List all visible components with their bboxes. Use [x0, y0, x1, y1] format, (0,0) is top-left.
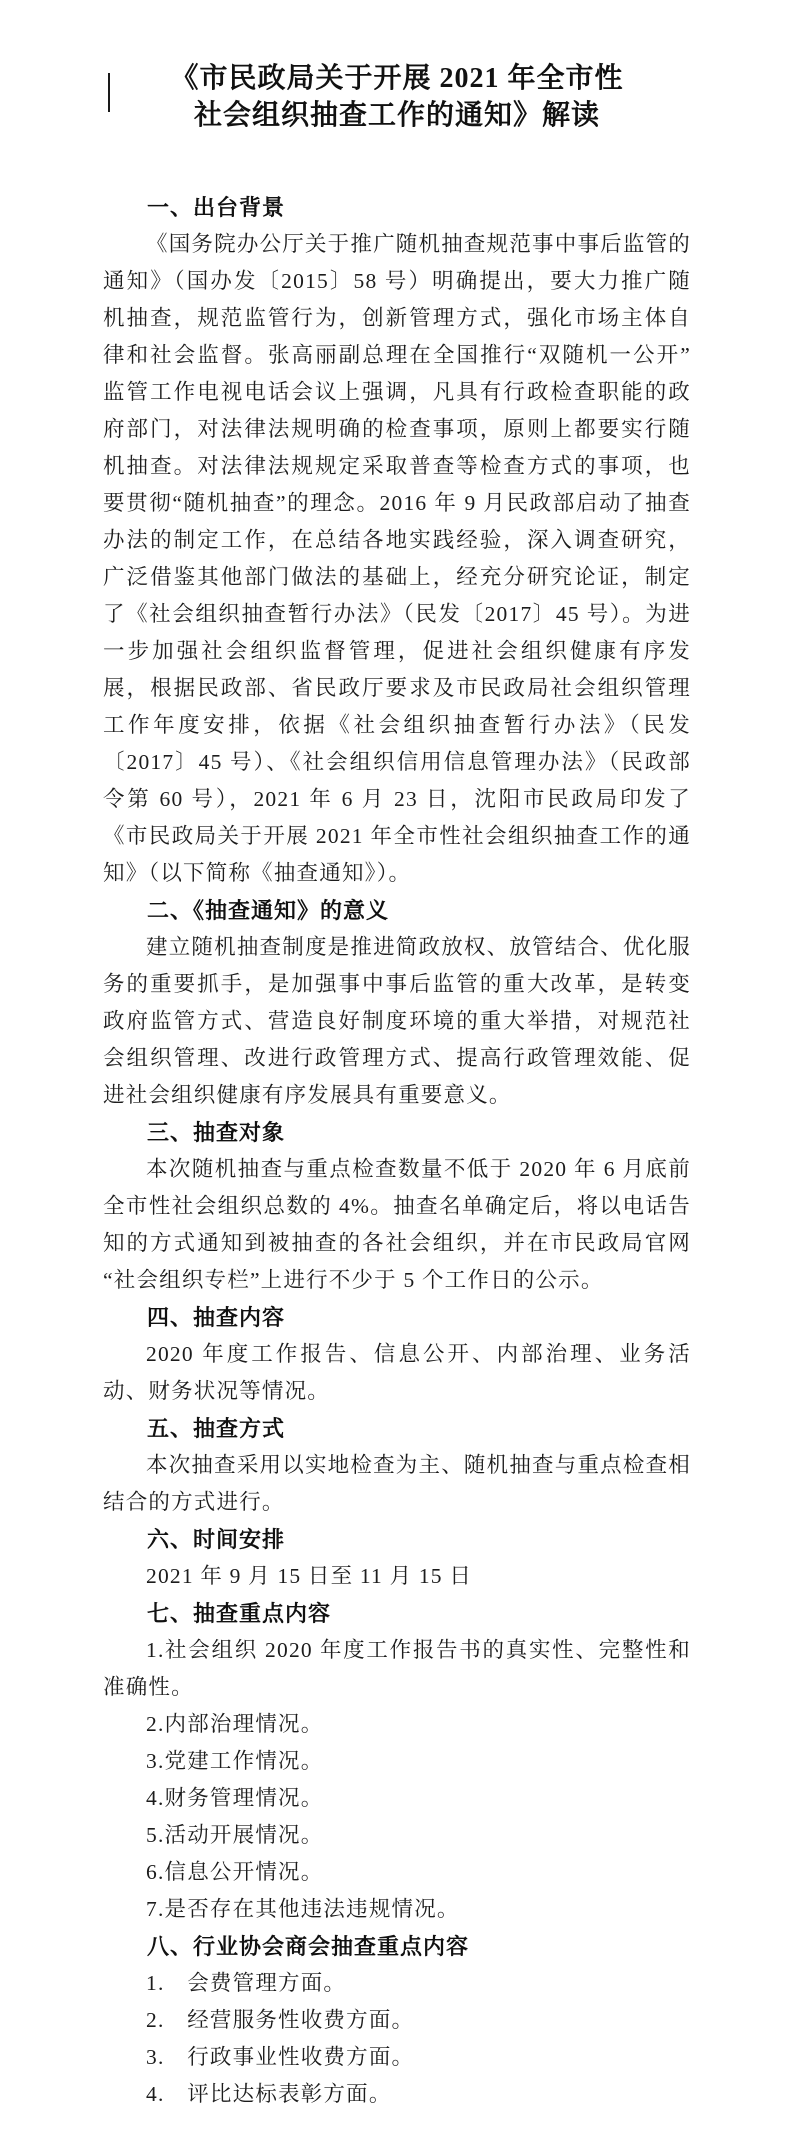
list-item: 3.党建工作情况。	[103, 1743, 691, 1780]
list-item: 1. 会费管理方面。	[103, 1965, 691, 2002]
section-background: 一、出台背景 《国务院办公厅关于推广随机抽查规范事中事后监管的通知》（国办发〔2…	[103, 189, 691, 892]
section-heading-3: 三、抽查对象	[103, 1114, 691, 1151]
list-item: 2.内部治理情况。	[103, 1706, 691, 1743]
document-title: 《市民政局关于开展 2021 年全市性 社会组织抽查工作的通知》解读	[103, 0, 691, 134]
list-item: 4.财务管理情况。	[103, 1780, 691, 1817]
list-item: 1.社会组织 2020 年度工作报告书的真实性、完整性和准确性。	[103, 1632, 691, 1706]
section-heading-4: 四、抽查内容	[103, 1299, 691, 1336]
document-body: 《市民政局关于开展 2021 年全市性 社会组织抽查工作的通知》解读 一、出台背…	[103, 0, 691, 2113]
paragraph: 本次抽查采用以实地检查为主、随机抽查与重点检查相结合的方式进行。	[103, 1447, 691, 1521]
list-item: 2. 经营服务性收费方面。	[103, 2002, 691, 2039]
list-item: 4. 评比达标表彰方面。	[103, 2076, 691, 2113]
section-significance: 二、《抽查通知》的意义 建立随机抽查制度是推进简政放权、放管结合、优化服务的重要…	[103, 892, 691, 1114]
section-key-points: 七、抽查重点内容 1.社会组织 2020 年度工作报告书的真实性、完整性和准确性…	[103, 1595, 691, 1928]
section-heading-8: 八、行业协会商会抽查重点内容	[103, 1928, 691, 1965]
section-heading-2: 二、《抽查通知》的意义	[103, 892, 691, 929]
section-heading-7: 七、抽查重点内容	[103, 1595, 691, 1632]
document-content: 一、出台背景 《国务院办公厅关于推广随机抽查规范事中事后监管的通知》（国办发〔2…	[103, 189, 691, 2113]
paragraph: 《国务院办公厅关于推广随机抽查规范事中事后监管的通知》（国办发〔2015〕58 …	[103, 226, 691, 892]
list-item: 5.活动开展情况。	[103, 1817, 691, 1854]
paragraph: 2021 年 9 月 15 日至 11 月 15 日	[103, 1558, 691, 1595]
section-schedule: 六、时间安排 2021 年 9 月 15 日至 11 月 15 日	[103, 1521, 691, 1595]
document-page: 《市民政局关于开展 2021 年全市性 社会组织抽查工作的通知》解读 一、出台背…	[0, 0, 794, 2154]
document-title-line-2: 社会组织抽查工作的通知》解读	[103, 97, 691, 134]
section-inspection-targets: 三、抽查对象 本次随机抽查与重点检查数量不低于 2020 年 6 月底前全市性社…	[103, 1114, 691, 1299]
list-item: 7.是否存在其他违法违规情况。	[103, 1891, 691, 1928]
paragraph: 建立随机抽查制度是推进简政放权、放管结合、优化服务的重要抓手，是加强事中事后监管…	[103, 929, 691, 1114]
section-heading-6: 六、时间安排	[103, 1521, 691, 1558]
section-heading-5: 五、抽查方式	[103, 1410, 691, 1447]
section-inspection-method: 五、抽查方式 本次抽查采用以实地检查为主、随机抽查与重点检查相结合的方式进行。	[103, 1410, 691, 1521]
section-inspection-content: 四、抽查内容 2020 年度工作报告、信息公开、内部治理、业务活动、财务状况等情…	[103, 1299, 691, 1410]
paragraph: 本次随机抽查与重点检查数量不低于 2020 年 6 月底前全市性社会组织总数的 …	[103, 1151, 691, 1299]
document-title-line-1: 《市民政局关于开展 2021 年全市性	[103, 60, 691, 97]
list-item: 3. 行政事业性收费方面。	[103, 2039, 691, 2076]
list-item: 6.信息公开情况。	[103, 1854, 691, 1891]
section-association-key-points: 八、行业协会商会抽查重点内容 1. 会费管理方面。 2. 经营服务性收费方面。 …	[103, 1928, 691, 2113]
section-heading-1: 一、出台背景	[103, 189, 691, 226]
paragraph: 2020 年度工作报告、信息公开、内部治理、业务活动、财务状况等情况。	[103, 1336, 691, 1410]
